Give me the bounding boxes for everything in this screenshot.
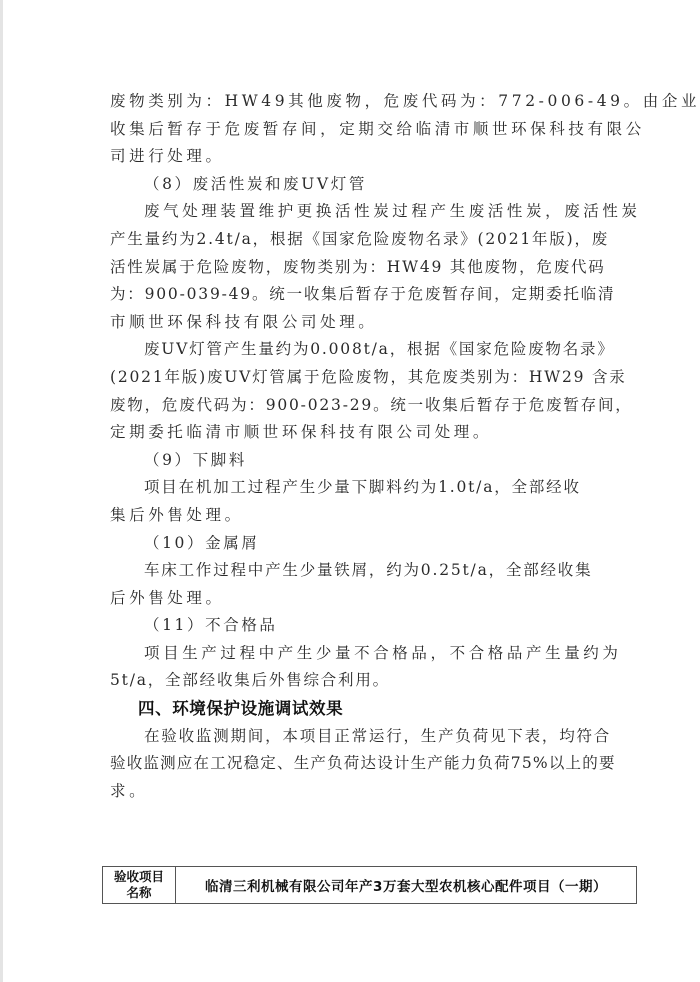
subheading-11: （11）不合格品 — [110, 612, 600, 640]
table-label-line: 验收项目 — [103, 869, 175, 885]
table-row: 验收项目 名称 临清三利机械有限公司年产3万套大型农机核心配件项目（一期） — [103, 867, 637, 904]
body-text-line: 定期委托临清市顺世环保科技有限公司处理。 — [110, 419, 600, 447]
subheading-9: （9）下脚料 — [110, 447, 600, 475]
subheading-10: （10）金属屑 — [110, 530, 600, 558]
project-name-cell: 临清三利机械有限公司年产3万套大型农机核心配件项目（一期） — [176, 867, 637, 904]
body-text-line: 市顺世环保科技有限公司处理。 — [110, 309, 600, 337]
body-text-line: 活性炭属于危险废物，废物类别为：HW49 其他废物，危废代码 — [110, 254, 600, 282]
body-text-line: 废气处理装置维护更换活性炭过程产生废活性炭，废活性炭 — [110, 198, 600, 226]
body-text-line: 求。 — [110, 778, 600, 806]
body-text-line: 废UV灯管产生量约为0.008t/a，根据《国家危险废物名录》 — [110, 336, 600, 364]
subheading-8: （8）废活性炭和废UV灯管 — [110, 171, 600, 199]
body-text-line: 废物类别为：HW49其他废物，危废代码为：772-006-49。由企业 — [110, 88, 600, 116]
body-text-line: 验收监测应在工况稳定、生产负荷达设计生产能力负荷75%以上的要 — [110, 750, 600, 778]
body-text-line: 收集后暂存于危废暂存间，定期交给临清市顺世环保科技有限公 — [110, 116, 600, 144]
body-text-line: (2021年版)废UV灯管属于危险废物，其危废类别为：HW29 含汞 — [110, 364, 600, 392]
body-text-line: 产生量约为2.4t/a，根据《国家危险废物名录》(2021年版)，废 — [110, 226, 600, 254]
body-text-line: 车床工作过程中产生少量铁屑，约为0.25t/a，全部经收集 — [110, 557, 600, 585]
body-text-line: 为：900-039-49。统一收集后暂存于危废暂存间，定期委托临清 — [110, 281, 600, 309]
section-heading: 四、环境保护设施调试效果 — [110, 695, 600, 723]
page-edge — [0, 0, 3, 982]
table-label-cell: 验收项目 名称 — [103, 867, 176, 904]
body-text-line: 项目在机加工过程产生少量下脚料约为1.0t/a，全部经收 — [110, 474, 600, 502]
body-text-line: 废物，危废代码为：900-023-29。统一收集后暂存于危废暂存间， — [110, 392, 600, 420]
body-text-line: 在验收监测期间，本项目正常运行，生产负荷见下表，均符合 — [110, 723, 600, 751]
project-info-table: 验收项目 名称 临清三利机械有限公司年产3万套大型农机核心配件项目（一期） — [102, 866, 637, 904]
document-body: 废物类别为：HW49其他废物，危废代码为：772-006-49。由企业 收集后暂… — [110, 88, 600, 805]
body-text-line: 项目生产过程中产生少量不合格品，不合格品产生量约为 — [110, 640, 600, 668]
body-text-line: 后外售处理。 — [110, 585, 600, 613]
body-text-line: 5t/a，全部经收集后外售综合利用。 — [110, 667, 600, 695]
table-label-line: 名称 — [103, 885, 175, 901]
body-text-line: 集后外售处理。 — [110, 502, 600, 530]
body-text-line: 司进行处理。 — [110, 143, 600, 171]
